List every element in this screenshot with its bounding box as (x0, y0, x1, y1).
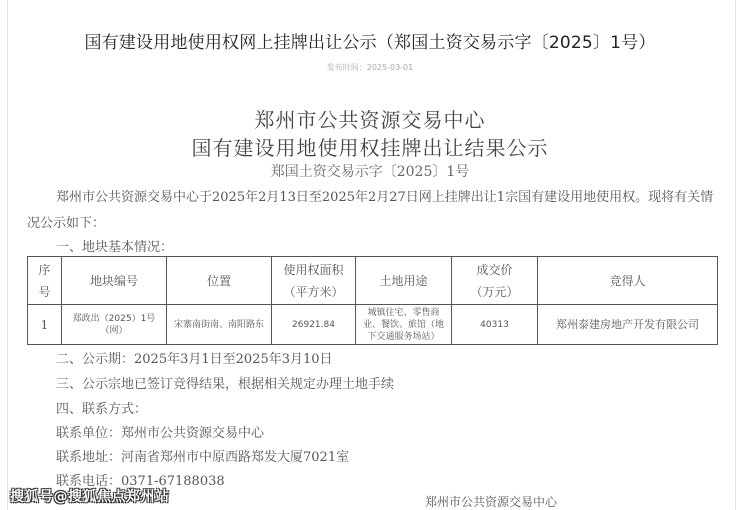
page-border-right (735, 0, 736, 510)
cell-parcel-id: 郑政出（2025）1号（网） (62, 305, 167, 345)
doc-heading-issuer: 郑州市公共资源交易中心 (0, 104, 740, 133)
cell-price: 40313 (452, 305, 538, 345)
cell-usage: 城镇住宅、零售商业、餐饮、旅馆（地下交通服务场站） (356, 305, 452, 345)
header-usage: 土地用途 (356, 257, 452, 305)
cell-winner: 郑州泰建房地产开发有限公司 (538, 305, 718, 345)
section-contact-heading: 四、联系方式： (56, 398, 147, 417)
section-result-note: 三、公示宗地已签订竞得结果，根据相关规定办理土地手续 (56, 373, 394, 392)
signature: 郑州市公共资源交易中心 (425, 493, 557, 510)
table-row: 1 郑政出（2025）1号（网） 宋寨南街南、南阳路东 26921.84 城镇住… (28, 305, 718, 345)
cell-location: 宋寨南街南、南阳路东 (167, 305, 272, 345)
cell-seq: 1 (28, 305, 62, 345)
section-parcel-info-heading: 一、地块基本情况： (56, 236, 173, 255)
publish-date: 发布时间：2025-03-01 (0, 62, 740, 73)
page-border-left (7, 0, 8, 510)
header-seq: 序号 (28, 257, 62, 305)
header-winner: 竞得人 (538, 257, 718, 305)
watermark: 搜狐号@搜狐焦点郑州站 (10, 486, 170, 506)
article-title: 国有建设用地使用权网上挂牌出让公示（郑国土资交易示字〔2025〕1号） (0, 28, 740, 53)
parcel-table: 序号 地块编号 位置 使用权面积（平方米） 土地用途 成交价（万元） 竞得人 1… (27, 256, 718, 345)
contact-address: 联系地址：河南省郑州市中原西路郑发大厦7021室 (56, 446, 349, 465)
header-location: 位置 (167, 257, 272, 305)
contact-unit: 联系单位：郑州市公共资源交易中心 (56, 422, 264, 441)
header-area: 使用权面积（平方米） (272, 257, 356, 305)
doc-heading-title: 国有建设用地使用权挂牌出让结果公示 (0, 132, 740, 161)
header-price: 成交价（万元） (452, 257, 538, 305)
cell-area: 26921.84 (272, 305, 356, 345)
doc-number: 郑国土资交易示字〔2025〕1号 (0, 161, 740, 181)
header-parcel-id: 地块编号 (62, 257, 167, 305)
intro-paragraph-line1: 郑州市公共资源交易中心于2025年2月13日至2025年2月27日网上挂牌出让1… (56, 186, 713, 205)
table-header-row: 序号 地块编号 位置 使用权面积（平方米） 土地用途 成交价（万元） 竞得人 (28, 257, 718, 305)
section-notice-period: 二、公示期：2025年3月1日至2025年3月10日 (56, 348, 333, 367)
intro-paragraph-line2: 况公示如下： (27, 212, 105, 231)
